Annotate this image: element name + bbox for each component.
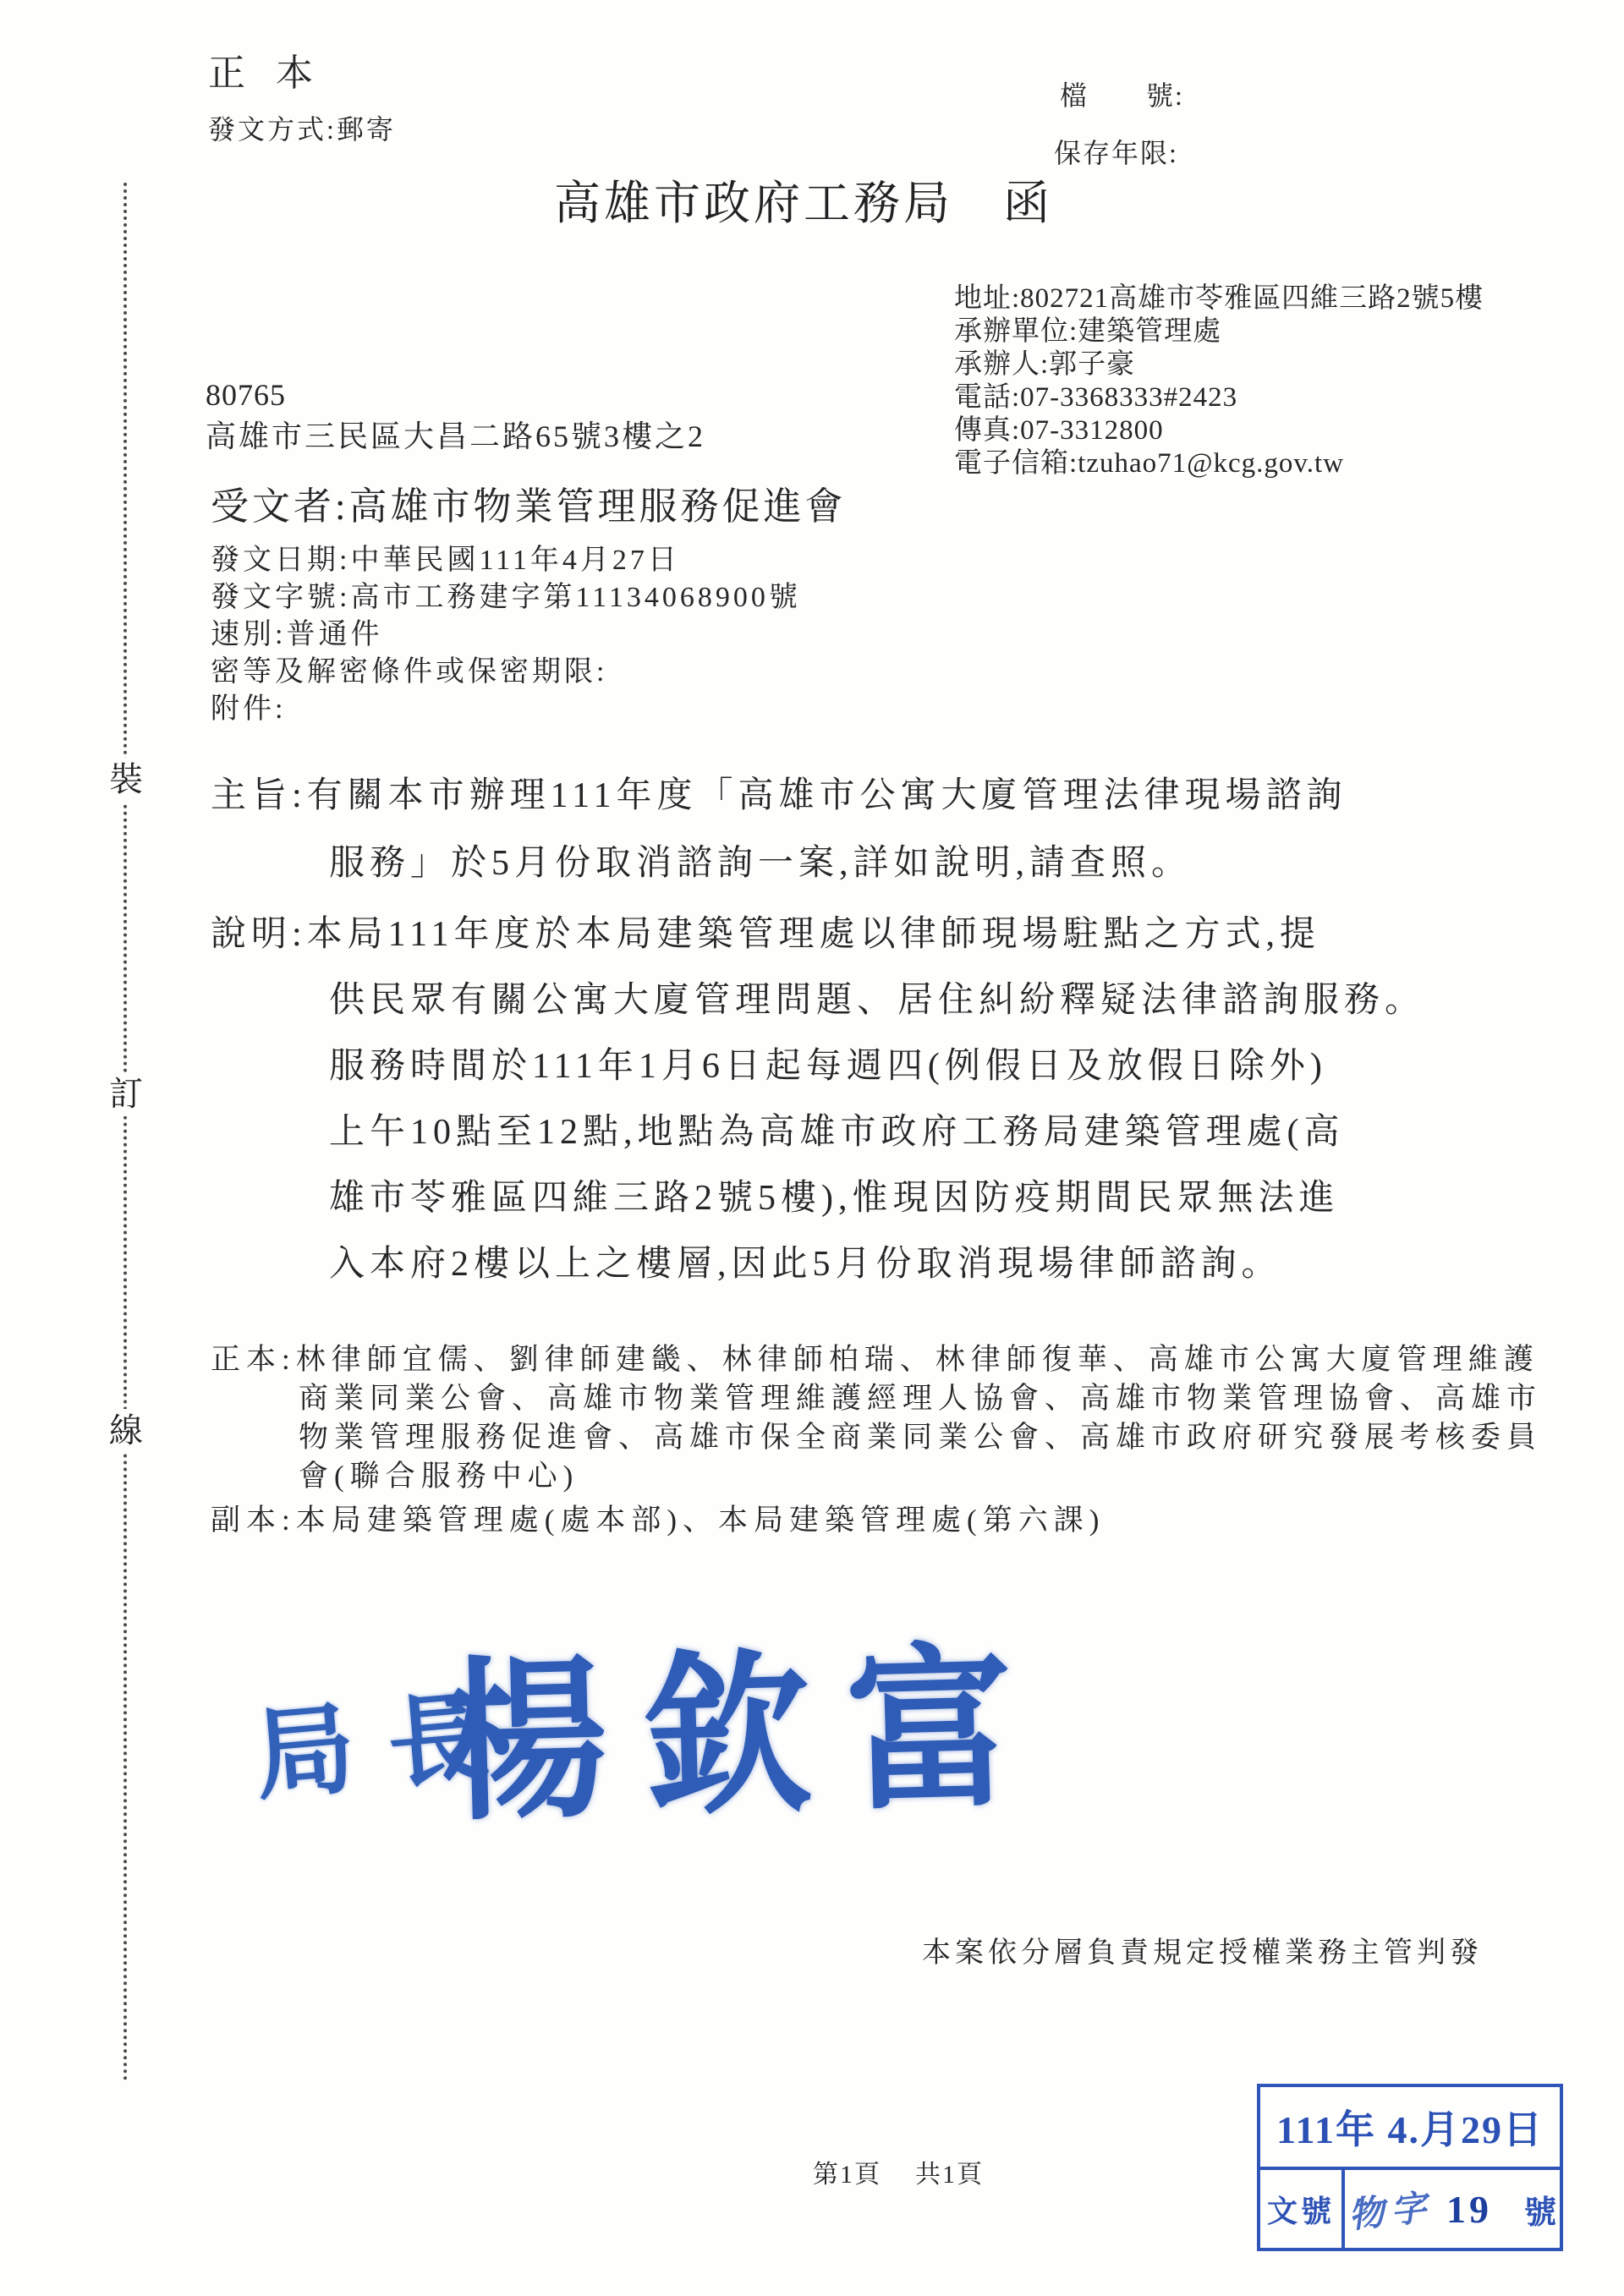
subject-line: 主旨:有關本市辦理111年度「高雄市公寓大廈管理法律現場諮詢 — [211, 762, 1347, 830]
date-stamp: 111年 4.月29日 文號 物字 19 號 — [1257, 2084, 1563, 2251]
description-line: 服務時間於111年1月6日起每週四(例假日及放假日除外) — [329, 1033, 1425, 1099]
recipient-address: 高雄市三民區大昌二路65號3樓之2 — [206, 413, 705, 456]
signature-name: 楊欽富 — [436, 1587, 1052, 1854]
meta-attachment: 附件: — [211, 691, 801, 728]
binding-char-zhuang: 裝 — [109, 758, 143, 802]
stamp-doc-prefix: 物字 — [1346, 2179, 1435, 2238]
subject-block: 主旨:有關本市辦理111年度「高雄市公寓大廈管理法律現場諮詢 服務」於5月份取消… — [211, 762, 1347, 897]
binding-char-ding: 訂 — [109, 1072, 143, 1116]
binding-char-xian: 線 — [109, 1409, 143, 1453]
recipient-line: 受文者:高雄市物業管理服務促進會 — [211, 475, 847, 530]
cc-line: 副本:本局建築管理處(處本部)、本局建築管理處(第六課) — [211, 1497, 1105, 1539]
description-line: 上午10點至12點,地點為高雄市政府工務局建築管理處(高 — [329, 1099, 1425, 1165]
stamp-doc-label: 文號 — [1260, 2170, 1345, 2248]
description-line: 說明:本局111年度於本局建築管理處以律師現場駐點之方式,提 — [211, 901, 1425, 967]
document-title: 高雄市政府工務局 函 — [554, 166, 1053, 233]
stamp-doc-row: 文號 物字 19 號 — [1260, 2170, 1560, 2248]
retention-period-label: 保存年限: — [1054, 132, 1178, 171]
binding-dotted-line — [123, 183, 127, 2082]
contact-address: 地址:802721高雄市苓雅區四維三路2號5樓 — [954, 282, 1484, 315]
recipient-zip: 80765 — [206, 377, 286, 413]
page-number: 第1頁 — [813, 2161, 881, 2189]
stamp-date: 111年 4.月29日 — [1260, 2087, 1560, 2170]
description-block: 說明:本局111年度於本局建築管理處以律師現場駐點之方式,提 供民眾有關公寓大廈… — [211, 901, 1425, 1297]
meta-priority: 速別:普通件 — [211, 616, 801, 654]
copies-line: 商業同業公會、高雄市物業管理維護經理人協會、高雄市物業管理協會、高雄市 — [299, 1379, 1542, 1418]
page-total: 共1頁 — [915, 2161, 984, 2189]
sender-contact-block: 地址:802721高雄市苓雅區四維三路2號5樓 承辦單位:建築管理處 承辦人:郭… — [954, 282, 1484, 480]
contact-fax: 傳真:07-3312800 — [954, 414, 1484, 447]
meta-date: 發文日期:中華民國111年4月27日 — [211, 542, 801, 579]
meta-block: 發文日期:中華民國111年4月27日 發文字號:高市工務建字第111340689… — [211, 542, 801, 728]
description-line: 入本府2樓以上之樓層,因此5月份取消現場律師諮詢。 — [329, 1231, 1425, 1297]
copy-type-label: 正本 — [208, 42, 343, 96]
authorization-note: 本案依分層負責規定授權業務主管判發 — [922, 1929, 1483, 1970]
contact-phone: 電話:07-3368333#2423 — [954, 381, 1484, 414]
stamp-doc-number: 19 — [1446, 2187, 1492, 2232]
description-line: 供民眾有關公寓大廈管理問題、居住糾紛釋疑法律諮詢服務。 — [329, 967, 1425, 1033]
stamp-doc-value: 物字 19 號 — [1345, 2170, 1560, 2248]
copies-line: 正本:林律師宜儒、劉律師建畿、林律師柏瑞、林律師復華、高雄市公寓大廈管理維護 — [211, 1340, 1542, 1379]
scanned-official-letter: 裝 訂 線 正本 發文方式:郵寄 檔 號: 保存年限: 高雄市政府工務局 函 地… — [0, 0, 1624, 2296]
contact-email: 電子信箱:tzuhao71@kcg.gov.tw — [954, 447, 1484, 480]
copies-line: 會(聯合服務中心) — [299, 1457, 1542, 1496]
description-line: 雄市苓雅區四維三路2號5樓),惟現因防疫期間民眾無法進 — [329, 1165, 1425, 1231]
contact-person: 承辦人:郭子豪 — [954, 348, 1484, 381]
page-footer: 第1頁共1頁 — [813, 2153, 1018, 2190]
subject-line: 服務」於5月份取消諮詢一案,詳如說明,請查照。 — [329, 830, 1347, 897]
meta-security: 密等及解密條件或保密期限: — [211, 654, 801, 691]
stamp-doc-suffix: 號 — [1524, 2186, 1556, 2233]
copies-line: 物業管理服務促進會、高雄市保全商業同業公會、高雄市政府研究發展考核委員 — [299, 1418, 1542, 1457]
file-number-label: 檔 號: — [1060, 74, 1184, 113]
delivery-method-label: 發文方式:郵寄 — [208, 108, 396, 147]
contact-unit: 承辦單位:建築管理處 — [954, 315, 1484, 348]
copies-block: 正本:林律師宜儒、劉律師建畿、林律師柏瑞、林律師復華、高雄市公寓大廈管理維護 商… — [211, 1340, 1542, 1496]
meta-doc-number: 發文字號:高市工務建字第11134068900號 — [211, 579, 801, 616]
